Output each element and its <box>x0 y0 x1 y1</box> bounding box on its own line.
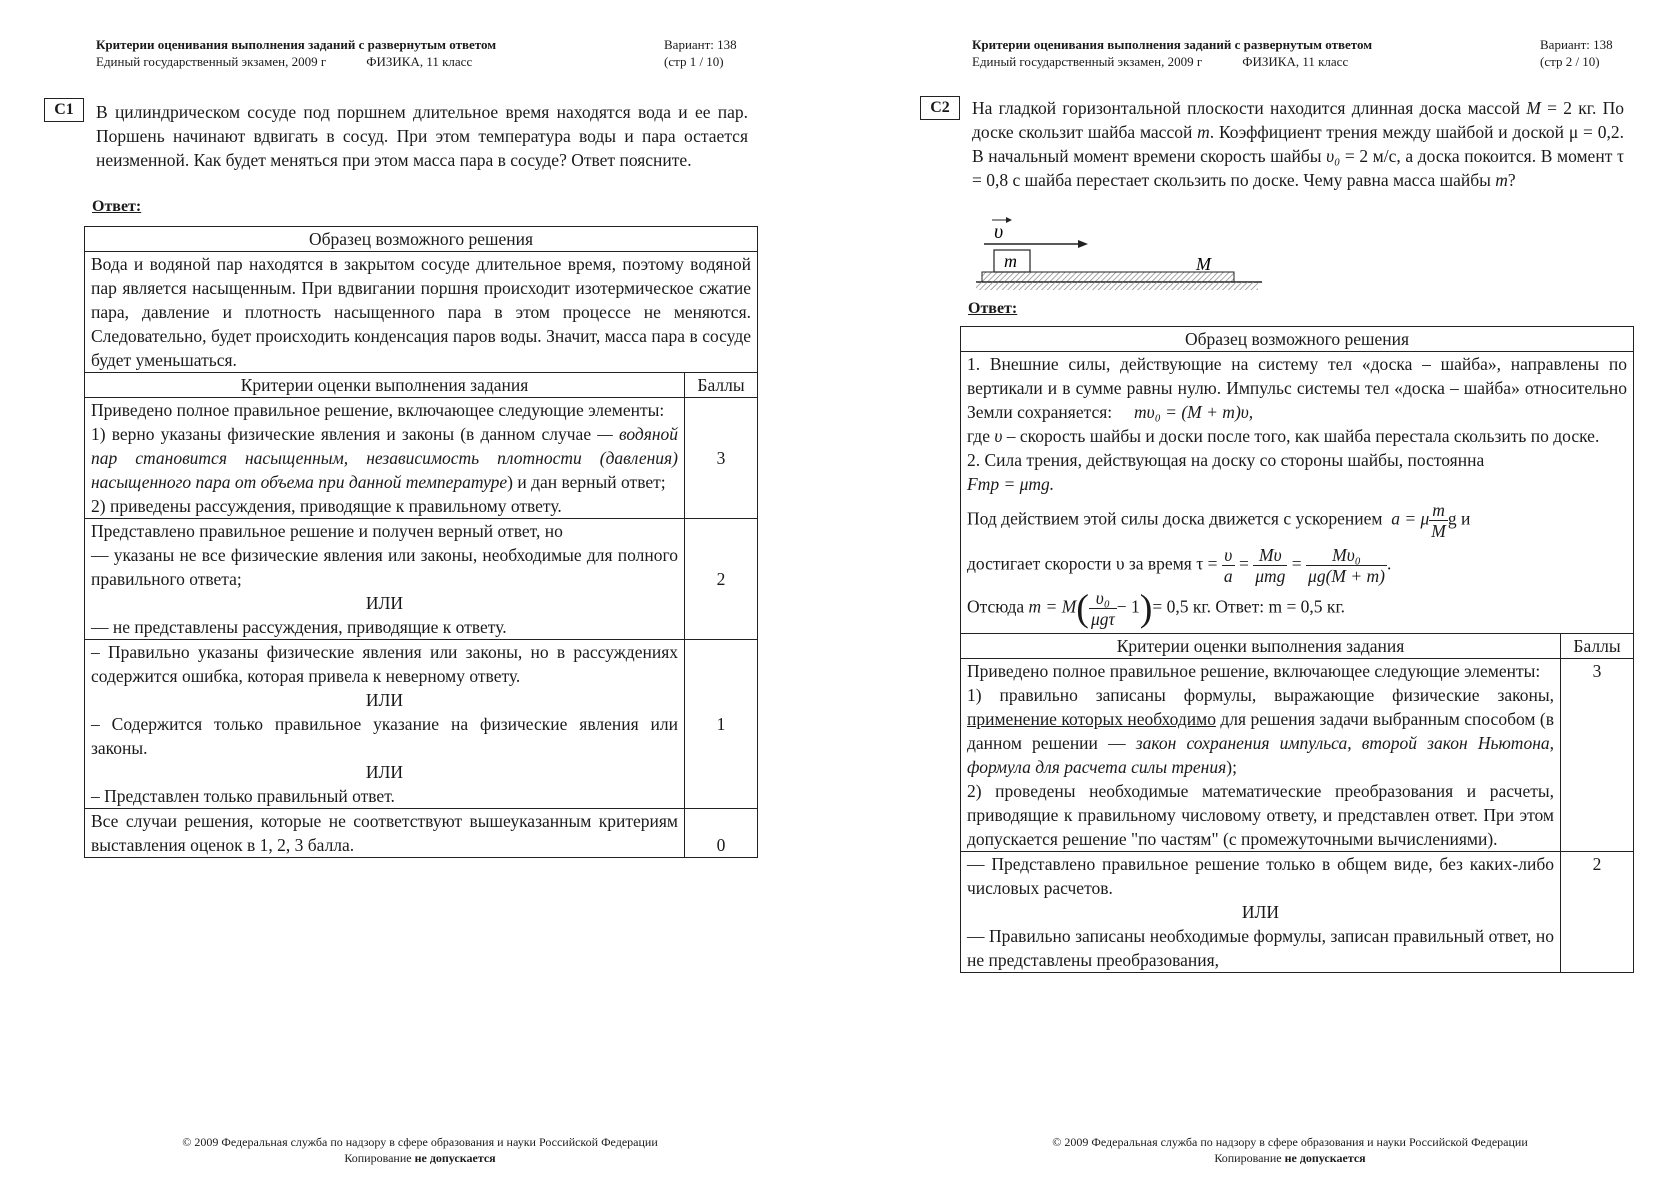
paren-open: ( <box>1076 588 1089 630</box>
solution-text-part: g и <box>1448 509 1471 529</box>
header-subject: ФИЗИКА, 11 класс <box>1242 54 1348 69</box>
criteria-text: Приведено полное правильное решение, вкл… <box>91 398 678 422</box>
header-exam-line: Единый государственный экзамен, 2009 гФИ… <box>96 53 496 70</box>
header-title: Критерии оценивания выполнения заданий с… <box>972 36 1372 53</box>
solution-text: 1. Внешние силы, действующие на систему … <box>961 352 1634 634</box>
fraction-denominator: μgτ <box>1089 609 1117 629</box>
criteria-text: — Представлено правильное решение только… <box>967 852 1554 900</box>
fraction-denominator: μg(M + m) <box>1306 566 1387 586</box>
page-footer: © 2009 Федеральная служба по надзору в с… <box>140 1134 700 1166</box>
formula-acceleration: a = μ <box>1391 509 1429 529</box>
or-separator: ИЛИ <box>91 760 678 784</box>
footer-notice-bold: не допускается <box>415 1151 496 1165</box>
header-subject: ФИЗИКА, 11 класс <box>366 54 472 69</box>
board-label: M <box>1195 254 1212 274</box>
criteria-text: – Содержится только правильное указание … <box>91 712 678 760</box>
criteria-row: Все случаи решения, которые не соответст… <box>85 809 758 858</box>
paren-close: ) <box>1140 588 1153 630</box>
velocity-label: υ <box>994 221 1003 243</box>
criteria-table: Образец возможного решения 1. Внешние си… <box>960 326 1634 973</box>
criteria-text: – Правильно указаны физические явления и… <box>91 640 678 688</box>
criteria-text-part: 1) верно указаны физические явления и за… <box>91 424 591 444</box>
solution-text: Вода и водяной пар находятся в закрытом … <box>85 252 758 373</box>
var-m: m <box>1495 170 1508 190</box>
page-1: Критерии оценивания выполнения заданий с… <box>0 0 832 1187</box>
fraction-numerator: υ₀ <box>1089 588 1117 609</box>
criteria-column-header: Критерии оценки выполнения задания <box>85 373 685 398</box>
criteria-text: Все случаи решения, которые не соответст… <box>85 809 685 858</box>
var-M: M <box>1526 98 1541 118</box>
header-variant: Вариант: 138 <box>664 36 737 53</box>
fraction-denominator: a <box>1222 566 1235 586</box>
fraction-denominator: μmg <box>1253 566 1287 586</box>
criteria-text-part: ); <box>1226 757 1237 777</box>
question-text: На гладкой горизонтальной плоскости нахо… <box>972 96 1624 192</box>
formula-friction: Fтр = μmg. <box>967 472 1627 496</box>
fraction-numerator: υ <box>1222 545 1235 566</box>
criteria-text: 2) проведены необходимые математические … <box>967 779 1554 851</box>
solution-step-2: 2. Сила трения, действующая на доску со … <box>967 448 1627 472</box>
fraction-denominator: M <box>1429 521 1448 541</box>
points-value: 2 <box>685 519 758 640</box>
solution-heading: Образец возможного решения <box>85 227 758 252</box>
header-variant: Вариант: 138 <box>1540 36 1613 53</box>
solution-text-part: достигает скорости υ за время τ = <box>967 554 1217 574</box>
criteria-text-part: ) и дан верный ответ; <box>507 472 666 492</box>
criteria-text: 2) приведены рассуждения, приводящие к п… <box>91 494 678 518</box>
solution-text-part: − 1 <box>1117 597 1140 617</box>
page-footer: © 2009 Федеральная служба по надзору в с… <box>1010 1134 1570 1166</box>
fraction-numerator: Mυ <box>1253 545 1287 566</box>
fraction: υ₀μgτ <box>1089 588 1117 629</box>
solution-text-part: 1. Внешние силы, действующие на систему … <box>967 354 1627 422</box>
criteria-text: — Правильно записаны необходимые формулы… <box>967 924 1554 972</box>
puck-label: m <box>1004 251 1017 271</box>
question-text-part: На гладкой горизонтальной плоскости нахо… <box>972 98 1526 118</box>
page-header-right: Вариант: 138 (стр 2 / 10) <box>1540 36 1613 70</box>
footer-copyright: © 2009 Федеральная служба по надзору в с… <box>140 1134 700 1150</box>
header-page-number: (стр 2 / 10) <box>1540 53 1613 70</box>
board-puck-diagram: υ m M <box>972 212 1262 298</box>
formula-momentum: mυ₀ = (M + m)υ, <box>1134 402 1253 422</box>
header-exam: Единый государственный экзамен, 2009 г <box>96 54 326 69</box>
ground-hatch <box>976 282 1258 290</box>
criteria-row: – Правильно указаны физические явления и… <box>85 640 758 809</box>
footer-copyright: © 2009 Федеральная служба по надзору в с… <box>1010 1134 1570 1150</box>
solution-text-part: Отсюда <box>967 597 1029 617</box>
criteria-text: 1) правильно записаны формулы, выражающи… <box>967 683 1554 779</box>
solution-answer: = 0,5 кг. Ответ: m = 0,5 кг. <box>1152 597 1345 617</box>
footer-notice-bold: не допускается <box>1285 1151 1366 1165</box>
criteria-table: Образец возможного решения Вода и водяно… <box>84 226 758 858</box>
question-number: C2 <box>920 96 960 120</box>
answer-label: Ответ: <box>968 300 1017 318</box>
criteria-text: — указаны не все физические явления или … <box>91 543 678 591</box>
footer-notice: Копирование не допускается <box>1010 1150 1570 1166</box>
solution-text-line: где υ – скорость шайбы и доски после тог… <box>967 424 1627 448</box>
page-header-right: Вариант: 138 (стр 1 / 10) <box>664 36 737 70</box>
points-value: 1 <box>685 640 758 809</box>
header-page-number: (стр 1 / 10) <box>664 53 737 70</box>
fraction-numerator: m <box>1429 500 1448 521</box>
page-header: Критерии оценивания выполнения заданий с… <box>972 36 1372 70</box>
fraction: mM <box>1429 500 1448 541</box>
solution-step-1: 1. Внешние силы, действующие на систему … <box>967 352 1627 424</box>
points-column-header: Баллы <box>685 373 758 398</box>
footer-notice-prefix: Копирование <box>344 1151 414 1165</box>
points-value: 3 <box>1561 659 1634 852</box>
points-column-header: Баллы <box>1561 634 1634 659</box>
criteria-column-header: Критерии оценки выполнения задания <box>961 634 1561 659</box>
page-2: Критерии оценивания выполнения заданий с… <box>832 0 1664 1187</box>
header-exam-line: Единый государственный экзамен, 2009 гФИ… <box>972 53 1372 70</box>
fraction: Mυμmg <box>1253 545 1287 586</box>
criteria-text: Представлено правильное решение и получе… <box>91 519 678 543</box>
fraction: υa <box>1222 545 1235 586</box>
criteria-row: Приведено полное правильное решение, вкл… <box>85 398 758 519</box>
header-exam: Единый государственный экзамен, 2009 г <box>972 54 1202 69</box>
or-separator: ИЛИ <box>91 688 678 712</box>
solution-text-line: Под действием этой силы доска движется с… <box>967 500 1627 541</box>
or-separator: ИЛИ <box>91 591 678 615</box>
criteria-row: — Представлено правильное решение только… <box>961 852 1634 973</box>
question-text: В цилиндрическом сосуде под поршнем длит… <box>96 100 748 172</box>
or-separator: ИЛИ <box>967 900 1554 924</box>
fraction-numerator: Mυ₀ <box>1306 545 1387 566</box>
formula-mass: m = M <box>1029 597 1077 617</box>
criteria-text: – Представлен только правильный ответ. <box>91 784 678 808</box>
var-v0: υ₀ <box>1326 146 1340 166</box>
answer-label: Ответ: <box>92 198 141 216</box>
points-value: 0 <box>685 809 758 858</box>
solution-text-part: – скорость шайбы и доски после того, как… <box>1002 426 1599 446</box>
solution-text-line: достигает скорости υ за время τ = υa = M… <box>967 545 1627 586</box>
footer-notice: Копирование не допускается <box>140 1150 700 1166</box>
solution-heading: Образец возможного решения <box>961 327 1634 352</box>
points-value: 2 <box>1561 852 1634 973</box>
question-text-part: ? <box>1508 170 1516 190</box>
solution-text-part: где <box>967 426 994 446</box>
solution-text-part: Под действием этой силы доска движется с… <box>967 509 1382 529</box>
footer-notice-prefix: Копирование <box>1214 1151 1284 1165</box>
fraction: Mυ₀μg(M + m) <box>1306 545 1387 586</box>
page-header: Критерии оценивания выполнения заданий с… <box>96 36 496 70</box>
criteria-text: Приведено полное правильное решение, вкл… <box>967 659 1554 683</box>
criteria-text-underlined: применение которых необходимо <box>967 709 1216 729</box>
criteria-text-part: 1) правильно записаны формулы, выражающи… <box>967 685 1554 705</box>
criteria-row: Приведено полное правильное решение, вкл… <box>961 659 1634 852</box>
header-title: Критерии оценивания выполнения заданий с… <box>96 36 496 53</box>
points-value: 3 <box>685 398 758 519</box>
question-number: C1 <box>44 98 84 122</box>
criteria-row: Представлено правильное решение и получе… <box>85 519 758 640</box>
var-m: m <box>1197 122 1210 142</box>
criteria-text: 1) верно указаны физические явления и за… <box>91 422 678 494</box>
solution-result-line: Отсюда m = M(υ₀μgτ− 1)= 0,5 кг. Ответ: m… <box>967 588 1627 629</box>
criteria-text: — не представлены рассуждения, приводящи… <box>91 615 678 639</box>
